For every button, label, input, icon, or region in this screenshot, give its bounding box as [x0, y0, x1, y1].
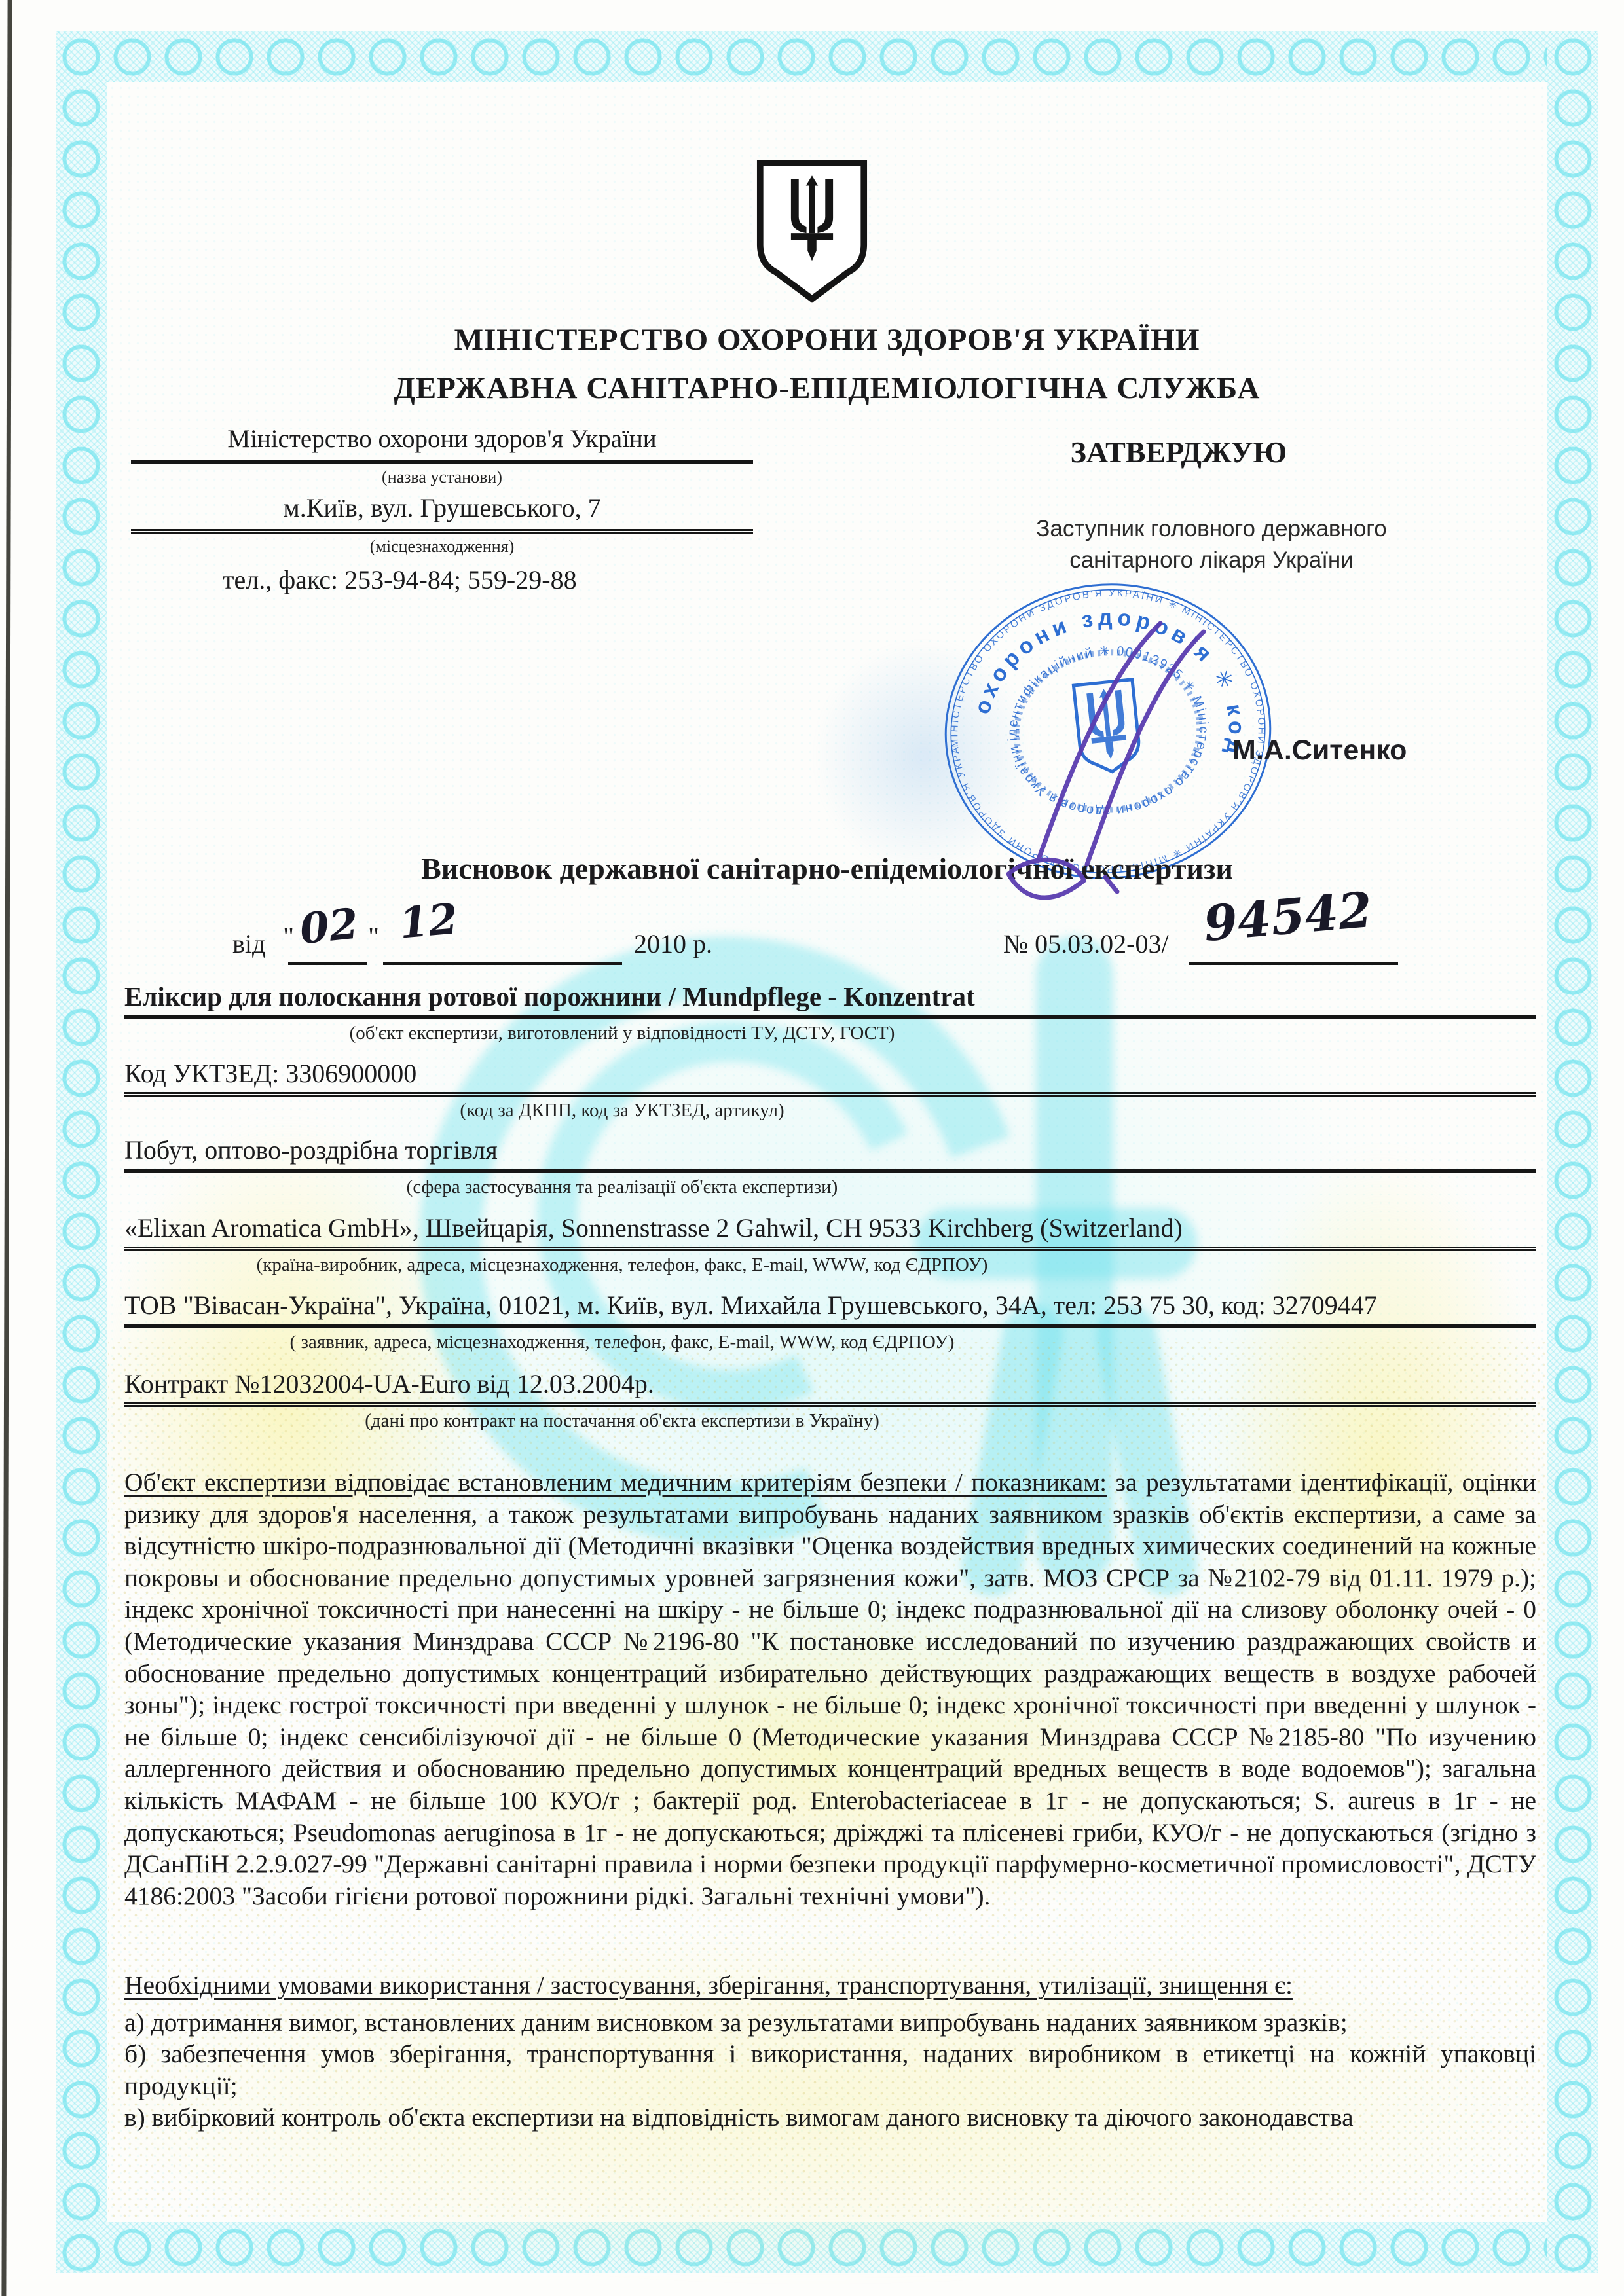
- handwritten-day: 02: [297, 900, 360, 955]
- quote-close: ": [368, 922, 379, 953]
- field-object-value: Еліксир для полоскання ротової порожнини…: [124, 981, 975, 1012]
- number-prefix: № 05.03.02-03/: [1003, 928, 1169, 959]
- org-address-underline: [131, 529, 753, 534]
- trident-emblem: [754, 156, 870, 313]
- org-phone: тел., факс: 253-94-84; 559-29-88: [223, 564, 577, 595]
- org-address: м.Київ, вул. Грушевського, 7: [131, 492, 753, 523]
- date-day-underline: [288, 962, 367, 965]
- field-manufacturer-value: «Elixan Aromatica GmbH», Швейцарія, Sonn…: [124, 1212, 1183, 1243]
- field-sphere-caption: (сфера застосування та реалізації об'єкт…: [124, 1176, 1120, 1198]
- condition-c: в) вибірковий контроль об'єкта експертиз…: [124, 2102, 1536, 2134]
- ministry-title-line1: МІНІСТЕРСТВО ОХОРОНИ ЗДОРОВ'Я УКРАЇНИ: [56, 322, 1598, 357]
- field-contract-underline: [124, 1402, 1536, 1407]
- ministry-title-line2: ДЕРЖАВНА САНІТАРНО-ЕПІДЕМІОЛОГІЧНА СЛУЖБ…: [56, 371, 1598, 406]
- frame-border-top: [56, 31, 1598, 82]
- field-code-value: Код УКТЗЕД: 3306900000: [124, 1058, 416, 1089]
- field-applicant-value: ТОВ "Вівасан-Україна", Україна, 01021, м…: [124, 1290, 1377, 1321]
- quote-open: ": [283, 922, 294, 953]
- conclusion-lead: Об'єкт експертизи відповідає встановлени…: [124, 1468, 1107, 1497]
- condition-b: б) забезпечення умов зберігання, транспо…: [124, 2038, 1536, 2102]
- field-manufacturer-caption: (країна-виробник, адреса, місцезнаходжен…: [124, 1254, 1120, 1276]
- org-name: Міністерство охорони здоров'я України: [131, 424, 753, 454]
- field-contract-caption: (дані про контракт на постачання об'єкта…: [124, 1410, 1120, 1432]
- handwritten-month: 12: [397, 894, 460, 948]
- conclusion-rest: за результатами ідентифікації, оцінки ри…: [124, 1468, 1536, 1910]
- signature: [969, 602, 1270, 910]
- field-code-underline: [124, 1092, 1536, 1097]
- field-sphere-underline: [124, 1169, 1536, 1173]
- field-code-caption: (код за ДКПП, код за УКТЗЕД, артикул): [124, 1100, 1120, 1121]
- field-applicant-underline: [124, 1324, 1536, 1328]
- field-manufacturer-underline: [124, 1247, 1536, 1251]
- certificate-page: МІНІСТЕРСТВО ОХОРОНИ ЗДОРОВ'Я УКРАЇНИ ДЕ…: [0, 0, 1624, 2296]
- conclusion-paragraph: Об'єкт експертизи відповідає встановлени…: [124, 1467, 1536, 1912]
- date-month-underline: [383, 962, 622, 965]
- frame-border-right: [1547, 31, 1598, 2273]
- frame-border-left: [56, 31, 107, 2273]
- org-name-underline: [131, 460, 753, 464]
- field-object-underline: [124, 1015, 1536, 1019]
- org-name-caption: (назва установи): [131, 467, 753, 487]
- number-underline: [1189, 962, 1398, 965]
- field-object-caption: (об'єкт експертизи, виготовлений у відпо…: [124, 1023, 1120, 1044]
- field-sphere-value: Побут, оптово-роздрібна торгівля: [124, 1135, 498, 1165]
- document-title: Висновок державної санітарно-епідеміолог…: [56, 851, 1598, 886]
- condition-a: а) дотримання вимог, встановлених даним …: [124, 2007, 1536, 2039]
- date-prefix: від: [232, 928, 265, 959]
- approve-label: ЗАТВЕРДЖУЮ: [982, 435, 1375, 469]
- field-applicant-caption: ( заявник, адреса, місцезнаходження, тел…: [124, 1332, 1120, 1353]
- conditions-heading: Необхідними умовами використання / засто…: [124, 1969, 1536, 2001]
- org-address-caption: (місцезнаходження): [131, 537, 753, 556]
- conditions-block: Необхідними умовами використання / засто…: [124, 1969, 1536, 2134]
- approver-title-line2: санітарного лікаря України: [950, 547, 1473, 574]
- field-contract-value: Контракт №12032004-UA-Euro від 12.03.200…: [124, 1368, 654, 1399]
- approver-title-line1: Заступник головного державного: [950, 516, 1473, 542]
- date-year: 2010 р.: [634, 928, 712, 959]
- scan-edge-line: [1, 0, 12, 2296]
